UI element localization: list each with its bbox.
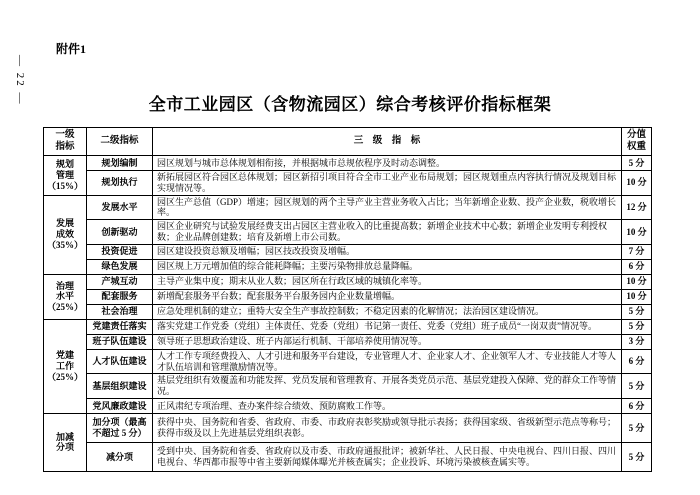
score-cell: 7 分 (622, 244, 652, 259)
score-cell: 5 分 (622, 304, 652, 319)
level3-cell: 应急处理机制的建立；重特大安全生产事故控制数；不稳定因素的化解情况；法治园区建设… (153, 304, 622, 319)
level2-cell: 党建责任落实 (87, 319, 153, 334)
header-score: 分值 权重 (622, 128, 652, 156)
level3-cell: 主导产业集中度；期末从业人数；园区所在行政区域的城镇化率等。 (153, 274, 622, 289)
score-cell: 5 分 (622, 319, 652, 334)
table-row: 人才队伍建设 人才工作专项经费投入、人才引进和服务平台建设，专业管理人才、企业家… (44, 349, 652, 374)
level2-cell: 党风廉政建设 (87, 398, 153, 413)
score-cell: 12 分 (622, 195, 652, 220)
level2-cell: 减分项 (87, 442, 153, 471)
score-cell: 5 分 (622, 442, 652, 471)
table-row: 规划执行 新拓展园区符合园区总体规划；园区新招引项目符合全市工业产业布局规划；园… (44, 171, 652, 196)
header-level2: 二级指标 (87, 128, 153, 156)
table-row: 党风廉政建设 正风肃纪专项治理、查办案件综合绩效、预防腐败工作等。 6 分 (44, 398, 652, 413)
score-cell: 5 分 (622, 374, 652, 399)
table-row: 社会治理 应急处理机制的建立；重特大安全生产事故控制数；不稳定因素的化解情况；法… (44, 304, 652, 319)
score-cell: 10 分 (622, 289, 652, 304)
table-row: 发展 成效 （35%） 发展水平 园区生产总值（GDP）增速；园区规划的两个主导… (44, 195, 652, 220)
level2-cell: 人才队伍建设 (87, 349, 153, 374)
score-cell: 6 分 (622, 259, 652, 274)
level2-cell: 投资促进 (87, 244, 153, 259)
level3-cell: 人才工作专项经费投入、人才引进和服务平台建设，专业管理人才、企业家人才、企业领军… (153, 349, 622, 374)
page-title: 全市工业园区（含物流园区）综合考核评价指标框架 (0, 90, 700, 115)
table-row: 班子队伍建设 领导班子思想政治建设、班子内部运行机制、干部培养使用情况等。 3 … (44, 334, 652, 349)
level3-cell: 园区建设投资总额及增幅；园区技改投资及增幅。 (153, 244, 622, 259)
table-row: 规划 管理 （15%） 规划编制 园区规划与城市总体规划相衔接，并根据城市总规依… (44, 156, 652, 171)
level2-cell: 社会治理 (87, 304, 153, 319)
level2-cell: 加分项（最高不超过 5 分） (87, 413, 153, 442)
header-level1: 一级 指标 (44, 128, 87, 156)
score-cell: 5 分 (622, 156, 652, 171)
level1-cell: 党建 工作 （25%） (44, 319, 87, 413)
table-row: 党建 工作 （25%） 党建责任落实 落实党建工作党委（党组）主体责任、党委（党… (44, 319, 652, 334)
level2-cell: 规划执行 (87, 171, 153, 196)
table-row: 绿色发展 园区规上万元增加值的综合能耗降幅；主要污染物排放总量降幅。 6 分 (44, 259, 652, 274)
score-cell: 6 分 (622, 398, 652, 413)
level2-cell: 绿色发展 (87, 259, 153, 274)
level2-cell: 班子队伍建设 (87, 334, 153, 349)
table-row: 配套服务 新增配套服务平台数；配套服务平台服务园内企业数量增幅。 10 分 (44, 289, 652, 304)
level3-cell: 正风肃纪专项治理、查办案件综合绩效、预防腐败工作等。 (153, 398, 622, 413)
level1-cell: 发展 成效 （35%） (44, 195, 87, 274)
level1-cell: 加减 分项 (44, 413, 87, 471)
level2-cell: 基层组织建设 (87, 374, 153, 399)
level2-cell: 发展水平 (87, 195, 153, 220)
level3-cell: 园区规上万元增加值的综合能耗降幅；主要污染物排放总量降幅。 (153, 259, 622, 274)
level1-cell: 规划 管理 （15%） (44, 156, 87, 196)
score-cell: 6 分 (622, 349, 652, 374)
level3-cell: 园区企业研究与试验发展经费支出占园区主营业收入的比重提高数；新增企业技术中心数；… (153, 220, 622, 245)
table-row: 基层组织建设 基层党组织有效覆盖和功能发挥、党员发展和管理教育、开展各类党员示范… (44, 374, 652, 399)
attachment-label: 附件1 (56, 40, 86, 57)
level3-cell: 新拓展园区符合园区总体规划；园区新招引项目符合全市工业产业布局规划；园区规划重点… (153, 171, 622, 196)
level3-cell: 受到中央、国务院和省委、省政府以及市委、市政府通报批评；被新华社、人民日报、中央… (153, 442, 622, 471)
level3-cell: 获得中央、国务院和省委、省政府、市委、市政府表彰奖励或领导批示表扬；获得国家级、… (153, 413, 622, 442)
evaluation-table: 一级 指标 二级指标 三 级 指 标 分值 权重 规划 管理 （15%） 规划编… (43, 127, 652, 472)
table-row: 加减 分项 加分项（最高不超过 5 分） 获得中央、国务院和省委、省政府、市委、… (44, 413, 652, 442)
table-row: 创新驱动 园区企业研究与试验发展经费支出占园区主营业收入的比重提高数；新增企业技… (44, 220, 652, 245)
level1-cell: 治理 水平 （25%） (44, 274, 87, 319)
level3-cell: 园区规划与城市总体规划相衔接，并根据城市总规依程序及时动态调整。 (153, 156, 622, 171)
table-row: 治理 水平 （25%） 产城互动 主导产业集中度；期末从业人数；园区所在行政区域… (44, 274, 652, 289)
level2-cell: 创新驱动 (87, 220, 153, 245)
score-cell: 10 分 (622, 171, 652, 196)
score-cell: 5 分 (622, 413, 652, 442)
score-cell: 10 分 (622, 274, 652, 289)
header-level3: 三 级 指 标 (153, 128, 622, 156)
score-cell: 3 分 (622, 334, 652, 349)
level2-cell: 产城互动 (87, 274, 153, 289)
level3-cell: 落实党建工作党委（党组）主体责任、党委（党组）书记第一责任、党委（党组）班子成员… (153, 319, 622, 334)
score-cell: 10 分 (622, 220, 652, 245)
level2-cell: 配套服务 (87, 289, 153, 304)
table-row: 减分项 受到中央、国务院和省委、省政府以及市委、市政府通报批评；被新华社、人民日… (44, 442, 652, 471)
level3-cell: 领导班子思想政治建设、班子内部运行机制、干部培养使用情况等。 (153, 334, 622, 349)
level3-cell: 新增配套服务平台数；配套服务平台服务园内企业数量增幅。 (153, 289, 622, 304)
table-header-row: 一级 指标 二级指标 三 级 指 标 分值 权重 (44, 128, 652, 156)
level2-cell: 规划编制 (87, 156, 153, 171)
table-row: 投资促进 园区建设投资总额及增幅；园区技改投资及增幅。 7 分 (44, 244, 652, 259)
level3-cell: 园区生产总值（GDP）增速；园区规划的两个主导产业主营业务收入占比；当年新增企业… (153, 195, 622, 220)
level3-cell: 基层党组织有效覆盖和功能发挥、党员发展和管理教育、开展各类党员示范、基层党建投入… (153, 374, 622, 399)
